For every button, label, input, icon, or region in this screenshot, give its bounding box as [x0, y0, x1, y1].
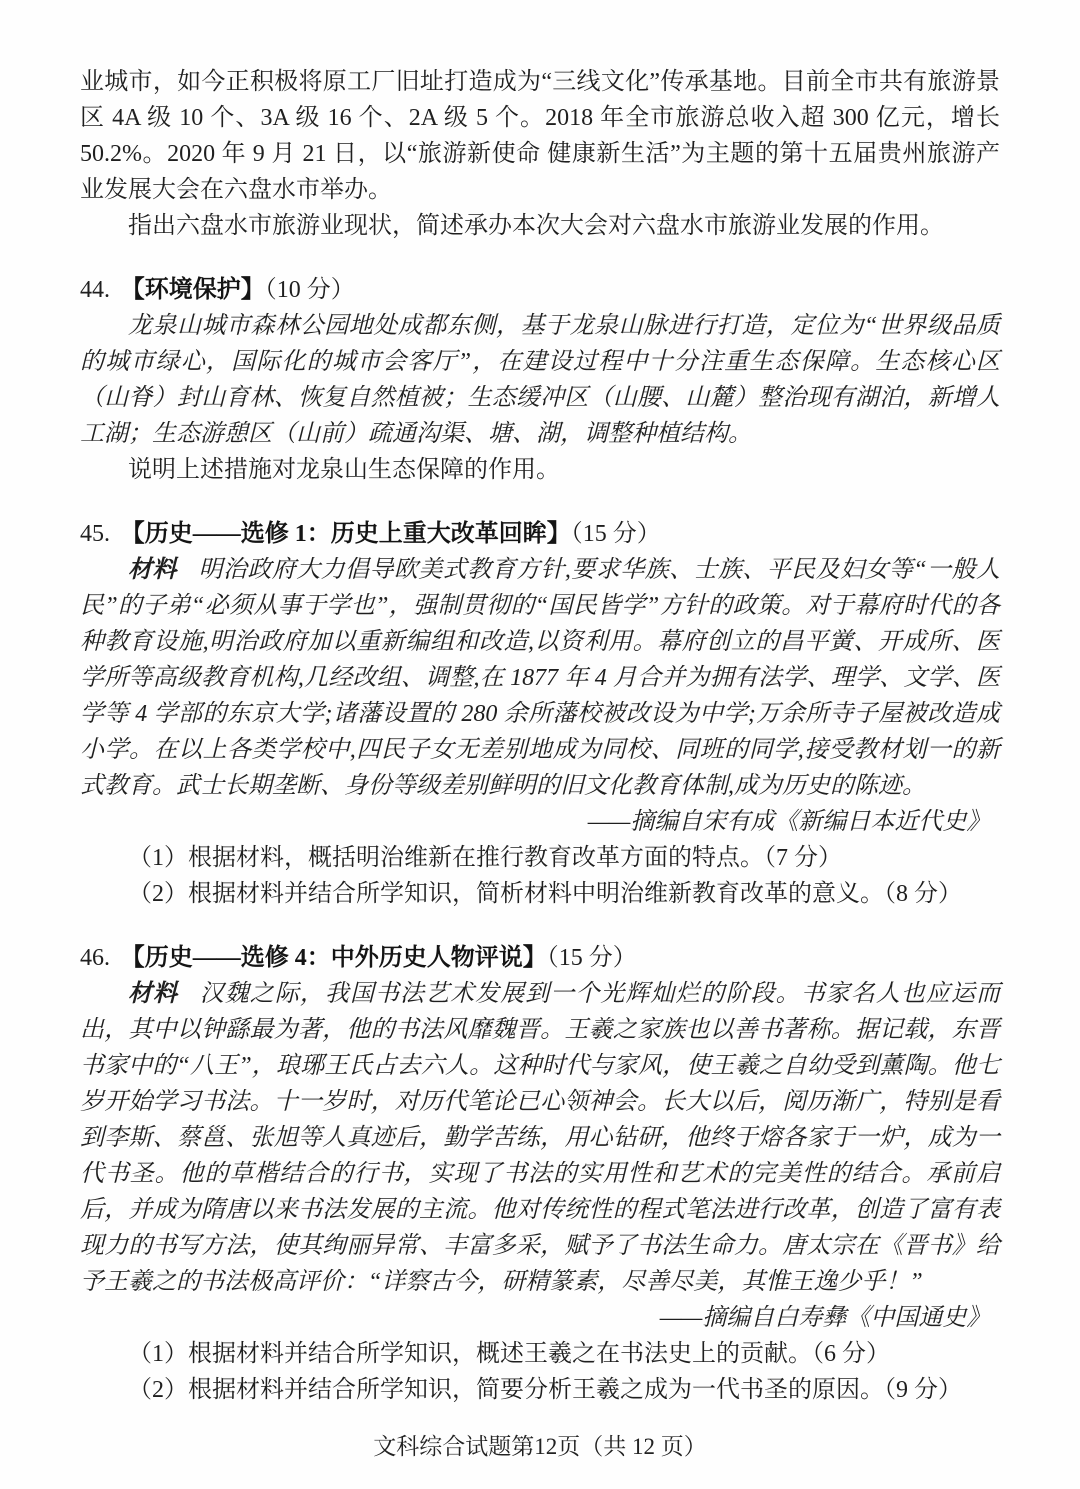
q46-title: 【历史——选修 4：中外历史人物评说】: [121, 945, 547, 971]
question-46-block: 46.【历史——选修 4：中外历史人物评说】（15 分） 材料汉魏之际，我国书法…: [80, 940, 1000, 1408]
q44-title: 【环境保护】: [121, 277, 265, 303]
question-45-block: 45.【历史——选修 1：历史上重大改革回眸】（15 分） 材料明治政府大力倡导…: [80, 516, 1000, 912]
q43-task-line: 指出六盘水市旅游业现状，简述承办本次大会对六盘水市旅游业发展的作用。: [80, 208, 1000, 244]
q45-heading: 45.【历史——选修 1：历史上重大改革回眸】（15 分）: [80, 516, 1000, 552]
exam-page: 业城市，如今正积极将原工厂旧址打造成为“三线文化”传承基地。目前全市共有旅游景区…: [0, 0, 1080, 1489]
q44-heading: 44.【环境保护】（10 分）: [80, 272, 1000, 308]
q46-source-attribution: ——摘编自白寿彝《中国通史》: [80, 1300, 1000, 1336]
page-footer: 文科综合试题第12页（共 12 页）: [0, 1429, 1080, 1465]
q45-subquestion-1: （1）根据材料，概括明治维新在推行教育改革方面的特点。（7 分）: [80, 840, 1000, 876]
q44-number: 44.: [80, 277, 110, 303]
q43-continuation-block: 业城市，如今正积极将原工厂旧址打造成为“三线文化”传承基地。目前全市共有旅游景区…: [80, 64, 1000, 244]
q46-material-label: 材料: [128, 981, 178, 1007]
q45-score: （15 分）: [571, 521, 661, 547]
q44-task-line: 说明上述措施对龙泉山生态保障的作用。: [80, 452, 1000, 488]
q45-material-paragraph: 材料明治政府大力倡导欧美式教育方针,要求华族、士族、平民及妇女等“一般人民”的子…: [80, 552, 1000, 804]
q44-material-paragraph: 龙泉山城市森林公园地处成都东侧，基于龙泉山脉进行打造，定位为“世界级品质的城市绿…: [80, 308, 1000, 452]
q46-material-text: 汉魏之际，我国书法艺术发展到一个光辉灿烂的阶段。书家名人也应运而出，其中以钟繇最…: [80, 981, 1000, 1295]
q46-subquestion-1: （1）根据材料并结合所学知识，概述王羲之在书法史上的贡献。（6 分）: [80, 1336, 1000, 1372]
q46-material-paragraph: 材料汉魏之际，我国书法艺术发展到一个光辉灿烂的阶段。书家名人也应运而出，其中以钟…: [80, 976, 1000, 1300]
q46-number: 46.: [80, 945, 110, 971]
q45-title: 【历史——选修 1：历史上重大改革回眸】: [121, 521, 571, 547]
q45-material-label: 材料: [128, 557, 177, 583]
q45-subquestion-2: （2）根据材料并结合所学知识，简析材料中明治维新教育改革的意义。（8 分）: [80, 876, 1000, 912]
q46-subquestion-2: （2）根据材料并结合所学知识，简要分析王羲之成为一代书圣的原因。（9 分）: [80, 1372, 1000, 1408]
q46-heading: 46.【历史——选修 4：中外历史人物评说】（15 分）: [80, 940, 1000, 976]
q45-number: 45.: [80, 521, 110, 547]
q43-tail-paragraph: 业城市，如今正积极将原工厂旧址打造成为“三线文化”传承基地。目前全市共有旅游景区…: [80, 64, 1000, 208]
question-44-block: 44.【环境保护】（10 分） 龙泉山城市森林公园地处成都东侧，基于龙泉山脉进行…: [80, 272, 1000, 488]
q46-score: （15 分）: [547, 945, 637, 971]
q45-material-text: 明治政府大力倡导欧美式教育方针,要求华族、士族、平民及妇女等“一般人民”的子弟“…: [80, 557, 1000, 799]
q44-score: （10 分）: [265, 277, 355, 303]
q45-source-attribution: ——摘编自宋有成《新编日本近代史》: [80, 804, 1000, 840]
